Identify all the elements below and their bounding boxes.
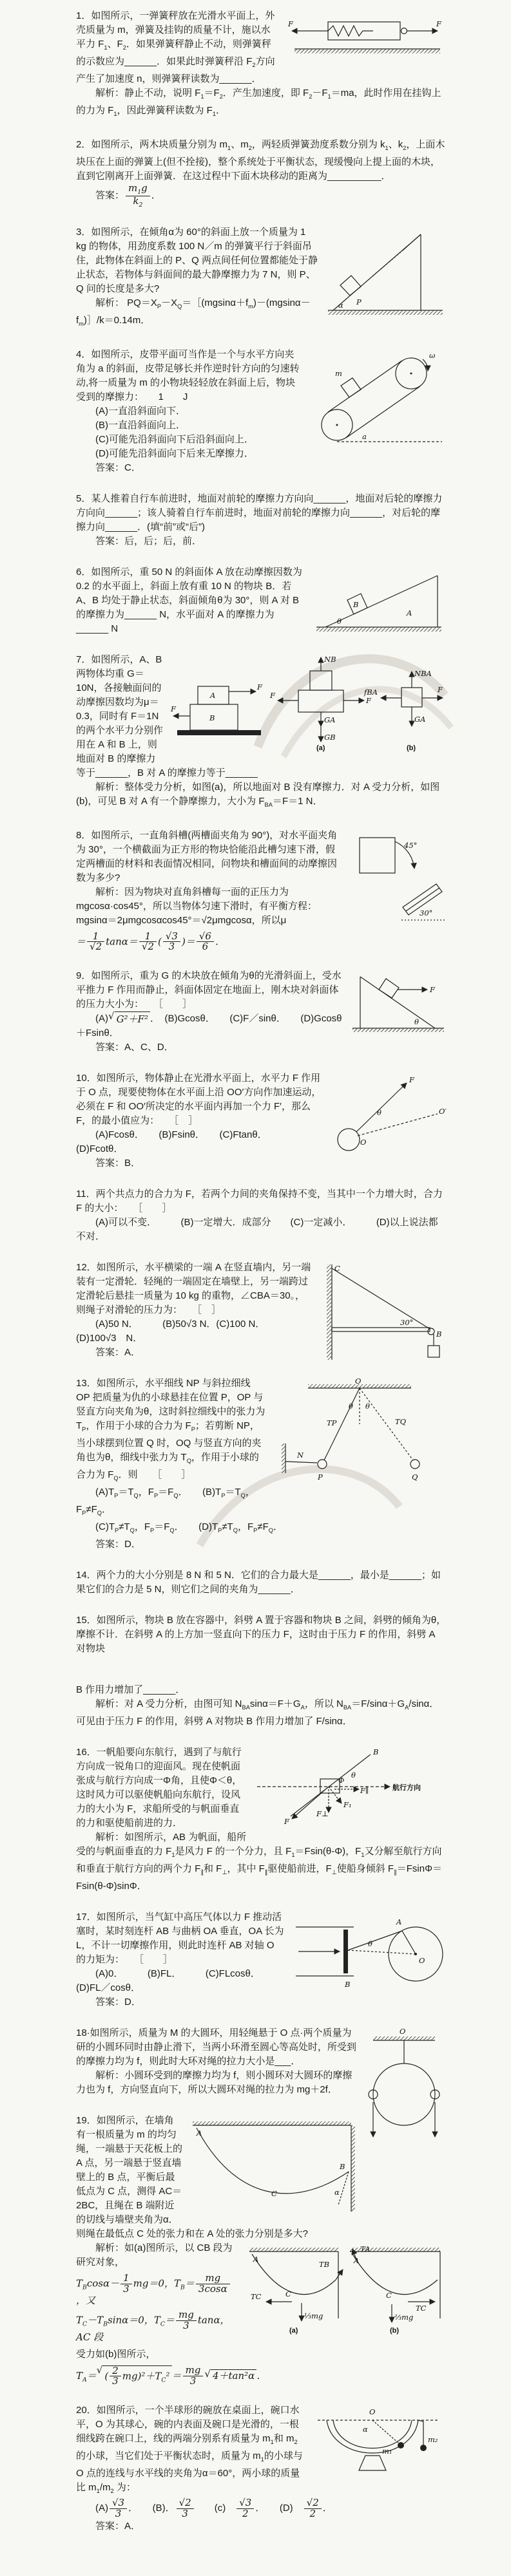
- problem-9: F θ 9．如图所示，重为 G 的木块放在倾角为θ的光滑斜面上，受水平推力 F …: [76, 969, 447, 1055]
- problem-13: O θ θ TP TQ N P Q 13．如图所示，水平细线 NP 与斜拉细线 …: [76, 1377, 447, 1552]
- subscript: P: [114, 1492, 118, 1499]
- text-line: 答案：m1gk2．: [76, 183, 447, 209]
- problem-8-text: 8．如图所示，一直角斜槽(两槽面夹角为 90°)，对水平面夹角为 30°，一个横…: [76, 829, 447, 953]
- problem-3-text: 3．如图所示，在倾角α为 60°的斜面上放一个质量为 1 kg 的物体，用劲度系…: [76, 225, 447, 331]
- subscript: Q: [187, 1458, 191, 1464]
- subscript: 2: [252, 62, 255, 68]
- subscript: C: [160, 2321, 165, 2328]
- subscript: BA: [242, 1704, 250, 1711]
- fraction: √22: [304, 2498, 322, 2519]
- fraction: 13: [121, 2273, 132, 2295]
- subscript: A: [301, 1704, 305, 1711]
- text-line: 17．如图所示，当气缸中高压气体以力 F 推动活塞时，某时刻连杆 AB 与曲柄 …: [76, 1910, 447, 1967]
- problem-1-text: 1．如图所示，一弹簧秤放在光滑水平面上，外壳质量为 m，弹簧及挂钩的质量不计，施…: [76, 9, 447, 121]
- fraction: mg3cosα: [196, 2273, 230, 2295]
- text-line: 解析： PQ＝XP－XQ＝［(mgsinα＋fm)－(mgsinα－fm)］/k…: [76, 296, 447, 331]
- text-line: 10．如图所示，物体静止在光滑水平面上，水平力 F 作用于 O 点，现要使物体在…: [76, 1071, 447, 1128]
- text-line: 18·如图所示，质量为 M 的大圆环，用轻绳悬于 O 点·两个质量为研的小圆环同…: [76, 2026, 447, 2069]
- subscript: BA: [343, 1704, 351, 1711]
- subscript: ⊥: [222, 1869, 227, 1876]
- problem-4: m ω a 4．如图所示，皮带平面可当作是一个与水平方向夹角为 a 的斜面，皮带…: [76, 348, 447, 475]
- subscript: 2: [139, 202, 142, 209]
- text-line: (D)可能先沿斜面向下后来无摩擦力．: [76, 447, 447, 461]
- subscript: 2: [123, 44, 126, 51]
- text-line: 15．如图所示，物块 B 放在容器中，斜劈 A 置于容器和物块 B 之间，斜劈的…: [76, 1613, 447, 1656]
- text-line: 5．某人推着自行车前进时，地面对前轮的摩擦力方向向______，地面对后轮的摩擦…: [76, 492, 447, 534]
- subscript: 2: [309, 93, 312, 100]
- problem-20-text: 20．如图所示，一个半球形的碗放在桌面上，碗口水平，O 为其球心，碗的内表面及碗…: [76, 2403, 447, 2534]
- text-line: 20．如图所示，一个半球形的碗放在桌面上，碗口水平，O 为其球心，碗的内表面及碗…: [76, 2403, 447, 2498]
- subscript: m: [248, 303, 253, 310]
- problem-15-text: 15．如图所示，物块 B 放在容器中，斜劈 A 置于容器和物块 B 之间，斜劈的…: [76, 1613, 447, 1729]
- text-line: TBcosα－13mg＝0，TB＝mg3cosα，又: [76, 2273, 447, 2306]
- subscript: Q: [233, 1527, 238, 1534]
- text-line: (A)0． (B)FL． (C)FLcosθ． (D)FL／cosθ．: [76, 1967, 447, 1995]
- subscript: P: [82, 1510, 86, 1516]
- text-line: 解析：整体受力分析，如图(a)，所以地面对 B 没有摩擦力．对 A 受力分析，如…: [76, 780, 447, 812]
- problem-4-text: 4．如图所示，皮带平面可当作是一个与水平方向夹角为 a 的斜面，皮带足够长并作逆…: [76, 348, 447, 475]
- subscript: ∥: [394, 1869, 397, 1876]
- subscript: P: [82, 1426, 86, 1433]
- subscript: 2: [220, 93, 223, 100]
- fraction: √33: [163, 932, 180, 953]
- subscript: Q: [113, 1475, 118, 1481]
- text-line: TA＝√(23mg)²＋TC²＝mg3√4＋tan²α．: [76, 2365, 447, 2387]
- text-line: (A)√G²＋F²． (B)Gcosθ． (C)F／sinθ． (D)Gcosθ…: [76, 1011, 447, 1040]
- problem-1: F F 1．如图所示，一弹簧秤放在光滑水平面上，外壳质量为 m，弹簧及挂钩的质量…: [76, 9, 447, 121]
- text-line: 16．一帆船要向东航行，遇到了与航行方向成一锐角口的迎面风。现在使帆面张成与航行…: [76, 1745, 447, 1830]
- text-line: (A)TP＝TQ，FP＝FQ． (B)TP＝TQ，FP≠FQ．: [76, 1485, 447, 1520]
- subscript: P: [221, 1492, 225, 1499]
- problem-10: O F O′ θ 10．如图所示，物体静止在光滑水平面上，水平力 F 作用于 O…: [76, 1071, 447, 1170]
- subscript: 2: [403, 145, 406, 151]
- text-line: 解析：因为物块对直角斜槽每一面的正压力为 mgcosα·cos45°，所以当物体…: [76, 885, 447, 928]
- problem-5: 5．某人推着自行车前进时，地面对前轮的摩擦力方向向______，地面对后轮的摩擦…: [76, 492, 447, 549]
- subscript: Q: [169, 1527, 174, 1534]
- problem-7-text: 7．如图所示，A、B 两物体均重 G＝10N，各接触面问的动摩擦因数均为μ＝0.…: [76, 653, 447, 812]
- text-line: (A)50 N． (B)50√3 N．(C)100 N． (D)100√3 N．: [76, 1317, 447, 1346]
- fraction: m1gk2: [126, 183, 150, 209]
- subscript: A: [405, 1704, 409, 1711]
- text-line: 答案：C．: [76, 461, 447, 475]
- problem-6-text: 6．如图所示，重 50 N 的斜面体 A 放在动摩擦因数为 0.2 的水平面上，…: [76, 565, 447, 636]
- text-line: 解析：如(a)图所示，以 CB 段为研究对象，: [76, 2241, 447, 2270]
- text-line: 6．如图所示，重 50 N 的斜面体 A 放在动摩擦因数为 0.2 的水平面上，…: [76, 565, 447, 636]
- text-line: 7．如图所示，A、B 两物体均重 G＝10N，各接触面问的动摩擦因数均为μ＝0.…: [76, 653, 447, 780]
- subscript: P: [115, 1527, 119, 1534]
- text-line: 受力如(b)图所示，: [76, 2347, 447, 2362]
- subscript: Q: [134, 1492, 139, 1499]
- problem-12: C 30° B 12．如图所示，水平横梁的一端 A 在竖直墙内，另一端装有一定滑…: [76, 1261, 447, 1360]
- text-line: 3．如图所示，在倾角α为 60°的斜面上放一个质量为 1 kg 的物体，用劲度系…: [76, 225, 447, 296]
- text-line: 2．如图所示，两木块质量分别为 m1、m2，两轻质弹簧劲度系数分别为 k1、k2…: [76, 138, 447, 183]
- text-line: 12．如图所示，水平横梁的一端 A 在竖直墙内，另一端装有一定滑轮．轻绳的一端固…: [76, 1261, 447, 1317]
- physics-worksheet-page: { "page": {"background": "#f7f7f4", "tex…: [0, 0, 511, 2576]
- text-line: B 作用力增加了______．: [76, 1683, 447, 1697]
- subscript: C: [82, 2321, 87, 2328]
- text-line: 解析：小圆环受到的摩擦力均为 f，则小圆环对大圆环的摩擦力也为 f，方向竖直向下…: [76, 2069, 447, 2097]
- subscript: 1: [361, 1852, 364, 1858]
- problem-19: A C B α 19．如图所示，在墙角有一根质量为 m 的均匀绳，一端悬于天花板…: [76, 2114, 447, 2387]
- problem-19-text: 19．如图所示，在墙角有一根质量为 m 的均匀绳，一端悬于天花板上的 A 点，另…: [76, 2114, 447, 2241]
- text-line: 1．如图所示，一弹簧秤放在光滑水平面上，外壳质量为 m，弹簧及挂钩的质量不计，施…: [76, 9, 447, 86]
- subscript: 1: [213, 111, 216, 117]
- subscript: B: [82, 2284, 87, 2291]
- text-line: 14．两个力的大小分别是 8 N 和 5 N．它们的合力最大是______，最小…: [76, 1568, 447, 1597]
- text-line: 答案：后，后；后，前．: [76, 534, 447, 549]
- fraction: 1√2: [87, 932, 104, 953]
- problem-7: A B F F NB F F GA GB (a) NBA fBA F GA (b…: [76, 653, 447, 812]
- problem-9-text: 9．如图所示，重为 G 的木块放在倾角为θ的光滑斜面上，受水平推力 F 作用而静…: [76, 969, 447, 1055]
- spacer: [76, 1656, 447, 1683]
- text-line: 解析：如图所示，AB 为帆面，船所受的与帆面垂直的力 F1是风力 F 的一个分力…: [76, 1830, 447, 1894]
- subscript: Q: [173, 1492, 178, 1499]
- fraction: 23: [110, 2366, 121, 2387]
- fraction: √23: [177, 2498, 194, 2519]
- subscript: 1: [385, 145, 389, 151]
- subscript: 1: [328, 93, 331, 100]
- problem-6: B A θ 6．如图所示，重 50 N 的斜面体 A 放在动摩擦因数为 0.2 …: [76, 565, 447, 636]
- subscript: BA: [265, 802, 273, 808]
- text-line: 19．如图所示，在墙角有一根质量为 m 的均匀绳，一端悬于天花板上的 A 点，另…: [76, 2114, 447, 2241]
- subscript: 1: [113, 111, 117, 117]
- subscript: 1: [227, 145, 231, 151]
- problem-14-text: 14．两个力的大小分别是 8 N 和 5 N．它们的合力最大是______，最小…: [76, 1568, 447, 1597]
- subscript: m: [79, 321, 84, 327]
- text-line: 答案：A．: [76, 1346, 447, 1360]
- fraction: √66: [197, 932, 214, 953]
- radical: √4＋tan²α: [204, 2369, 256, 2382]
- subscript: Q: [241, 1492, 246, 1499]
- text-line: 解析：对 A 受力分析，由图可知 NBAsinα＝F＋GA，所以 NBA＝F/s…: [76, 1697, 447, 1729]
- subscript: 2: [111, 2488, 114, 2494]
- text-line: 答案：B．: [76, 1156, 447, 1170]
- text-line: (A)可以不变． (B)一定增大．成部分 (C)一定减小． (D)以上说法都不对…: [76, 1216, 447, 1244]
- subscript: Q: [177, 303, 182, 310]
- problem-12-text: 12．如图所示，水平横梁的一端 A 在竖直墙内，另一端装有一定滑轮．轻绳的一端固…: [76, 1261, 447, 1360]
- problem-2-text: 2．如图所示，两木块质量分别为 m1、m2，两轻质弹簧劲度系数分别为 k1、k2…: [76, 138, 447, 209]
- problem-10-text: 10．如图所示，物体静止在光滑水平面上，水平力 F 作用于 O 点，现要使物体在…: [76, 1071, 447, 1170]
- problem-11: 11．两个共点力的合力为 F，若两个力间的夹角保持不变，当其中一个力增大时，合力…: [76, 1187, 447, 1244]
- text-line: (C)可能先沿斜面向下后沿斜面向上．: [76, 433, 447, 447]
- subscript: 1: [261, 2456, 264, 2463]
- subscript: 2: [294, 2439, 298, 2445]
- subscript: P: [154, 1492, 158, 1499]
- problem-16: 航行方向 B θ Φ F F₁ F∥ F⊥ 16．一帆船要向东航行，遇到了与航行…: [76, 1745, 447, 1894]
- problem-19-solution-text: 解析：如(a)图所示，以 CB 段为研究对象，TBcosα－13mg＝0，TB＝…: [76, 2241, 447, 2387]
- problem-14: 14．两个力的大小分别是 8 N 和 5 N．它们的合力最大是______，最小…: [76, 1568, 447, 1597]
- fraction: mg3: [176, 2310, 197, 2331]
- subscript: P: [157, 303, 161, 310]
- subscript: 1: [97, 2488, 100, 2494]
- subscript: 1: [104, 44, 107, 51]
- subscript: C: [161, 2376, 166, 2383]
- text-line: (A)√33． (B)．√23 (c) √32． (D) √22．: [76, 2498, 447, 2519]
- problem-20: O α m₁ m₂ 20．如图所示，一个半球形的碗放在桌面上，碗口水平，O 为其…: [76, 2403, 447, 2534]
- problem-18: O 18·如图所示，质量为 M 的大圆环，用轻绳悬于 O 点·两个质量为研的小圆…: [76, 2026, 447, 2097]
- subscript: P: [218, 1527, 222, 1534]
- subscript: Q: [130, 1527, 135, 1534]
- subscript: 1: [171, 1852, 175, 1858]
- text-line: 解析：静止不动，说明 F1＝F2．产生加速度，即 F2－F1＝ma，此时作用在挂…: [76, 86, 447, 121]
- text-line: 答案：D．: [76, 1995, 447, 2009]
- problem-17: B A θ O 17．如图所示，当气缸中高压气体以力 F 推动活塞时，某时刻连杆…: [76, 1910, 447, 2009]
- text-line: ＝1√2tanα＝1√2(√33)＝√66．: [76, 932, 447, 953]
- subscript: 2: [249, 145, 252, 151]
- subscript: ⊥: [332, 1869, 337, 1876]
- subscript: A: [82, 2376, 87, 2383]
- text-line: 13．如图所示，水平细线 NP 与斜拉细线 OP 把质量为仇的小球悬挂在位置 P…: [76, 1377, 447, 1485]
- text-line: 答案：A、C、D．: [76, 1040, 447, 1055]
- fraction: mg3: [183, 2365, 204, 2387]
- subscript: 1: [200, 93, 204, 100]
- text-line: 8．如图所示，一直角斜槽(两槽面夹角为 90°)，对水平面夹角为 30°，一个横…: [76, 829, 447, 885]
- subscript: B: [180, 2284, 185, 2291]
- text-line: (B)一直沿斜面向上．: [76, 418, 447, 433]
- radical: √G²＋F²: [108, 1011, 150, 1026]
- problem-17-text: 17．如图所示，当气缸中高压气体以力 F 推动活塞时，某时刻连杆 AB 与曲柄 …: [76, 1910, 447, 2009]
- subscript: P: [253, 1527, 257, 1534]
- subscript: 1: [271, 2439, 274, 2445]
- problem-15: 15．如图所示，物块 B 放在容器中，斜劈 A 置于容器和物块 B 之间，斜劈的…: [76, 1613, 447, 1729]
- subscript: B: [103, 2321, 108, 2328]
- problem-13-text: 13．如图所示，水平细线 NP 与斜拉细线 OP 把质量为仇的小球悬挂在位置 P…: [76, 1377, 447, 1552]
- problem-2: 2．如图所示，两木块质量分别为 m1、m2，两轻质弹簧劲度系数分别为 k1、k2…: [76, 138, 447, 209]
- subscript: Q: [97, 1510, 102, 1516]
- fraction: 1√2: [139, 932, 157, 953]
- text-line: 答案：D．: [76, 1537, 447, 1552]
- text-line: (A)Fcosθ． (B)Fsinθ． (C)Ftanθ． (D)Fcotθ．: [76, 1128, 447, 1156]
- text-line: (C)TP≠TQ，FP＝FQ． (D)TP≠TQ，FP≠FQ．: [76, 1520, 447, 1537]
- text-line: 答案：A．: [76, 2519, 447, 2534]
- text-line: 11．两个共点力的合力为 F，若两个力间的夹角保持不变，当其中一个力增大时，合力…: [76, 1187, 447, 1216]
- subscript: 1: [291, 1852, 294, 1858]
- problem-16-text: 16．一帆船要向东航行，遇到了与航行方向成一锐角口的迎面风。现在使帆面张成与航行…: [76, 1745, 447, 1894]
- subscript: P: [150, 1527, 154, 1534]
- fraction: √32: [236, 2498, 254, 2519]
- radical: √(23mg)²＋TC²: [97, 2365, 172, 2387]
- text-line: (A)一直沿斜面向下．: [76, 404, 447, 418]
- text-line: TC－TBsinα＝0，TC＝mg3tanα，AC 段: [76, 2310, 447, 2343]
- text-line: 9．如图所示，重为 G 的木块放在倾角为θ的光滑斜面上，受水平推力 F 作用而静…: [76, 969, 447, 1011]
- text-line: 4．如图所示，皮带平面可当作是一个与水平方向夹角为 a 的斜面，皮带足够长并作逆…: [76, 348, 447, 404]
- fraction: √33: [110, 2498, 127, 2519]
- subscript: ∥: [200, 1869, 204, 1876]
- subscript: P: [191, 1426, 195, 1433]
- problem-18-text: 18·如图所示，质量为 M 的大圆环，用轻绳悬于 O 点·两个质量为研的小圆环同…: [76, 2026, 447, 2097]
- problem-8: 45° 30° 8．如图所示，一直角斜槽(两槽面夹角为 90°)，对水平面夹角为…: [76, 829, 447, 953]
- problem-5-text: 5．某人推着自行车前进时，地面对前轮的摩擦力方向向______，地面对后轮的摩擦…: [76, 492, 447, 549]
- problem-3: α P 3．如图所示，在倾角α为 60°的斜面上放一个质量为 1 kg 的物体，…: [76, 225, 447, 331]
- subscript: Q: [269, 1527, 273, 1534]
- problem-11-text: 11．两个共点力的合力为 F，若两个力间的夹角保持不变，当其中一个力增大时，合力…: [76, 1187, 447, 1244]
- subscript: ∥: [265, 1869, 268, 1876]
